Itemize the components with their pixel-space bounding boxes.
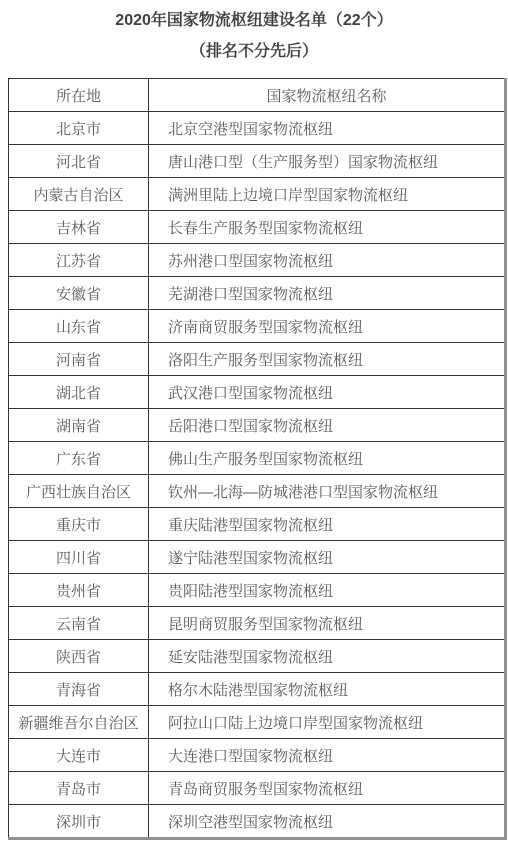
cell-hub-name: 长春生产服务型国家物流枢纽 [149,211,506,244]
table-row: 广东省 佛山生产服务型国家物流枢纽 [9,442,506,475]
cell-location: 湖南省 [9,409,149,442]
cell-hub-name: 昆明商贸服务型国家物流枢纽 [149,607,506,640]
cell-location: 四川省 [9,541,149,574]
table-row: 江苏省 苏州港口型国家物流枢纽 [9,244,506,277]
table-row: 广西壮族自治区 钦州—北海—防城港港口型国家物流枢纽 [9,475,506,508]
table-row: 北京市 北京空港型国家物流枢纽 [9,112,506,145]
cell-location: 青岛市 [9,772,149,805]
cell-hub-name: 格尔木陆港型国家物流枢纽 [149,673,506,706]
header-hub-name: 国家物流枢纽名称 [149,79,506,112]
table-row: 新疆维吾尔自治区 阿拉山口陆上边境口岸型国家物流枢纽 [9,706,506,739]
table-row: 吉林省 长春生产服务型国家物流枢纽 [9,211,506,244]
document-title: 2020年国家物流枢纽建设名单（22个） [0,0,508,30]
table-row: 贵州省 贵阳陆港型国家物流枢纽 [9,574,506,607]
cell-location: 湖北省 [9,376,149,409]
cell-hub-name: 洛阳生产服务型国家物流枢纽 [149,343,506,376]
cell-hub-name: 武汉港口型国家物流枢纽 [149,376,506,409]
cell-location: 云南省 [9,607,149,640]
cell-location: 深圳市 [9,805,149,839]
cell-hub-name: 阿拉山口陆上边境口岸型国家物流枢纽 [149,706,506,739]
document-subtitle: （排名不分先后） [0,43,508,61]
table-row: 陕西省 延安陆港型国家物流枢纽 [9,640,506,673]
logistics-hub-table: 所在地 国家物流枢纽名称 北京市 北京空港型国家物流枢纽 河北省 唐山港口型（生… [8,78,507,840]
table-row: 安徽省 芜湖港口型国家物流枢纽 [9,277,506,310]
cell-hub-name: 大连港口型国家物流枢纽 [149,739,506,772]
cell-location: 北京市 [9,112,149,145]
cell-location: 广西壮族自治区 [9,475,149,508]
cell-location: 安徽省 [9,277,149,310]
table-row: 四川省 遂宁陆港型国家物流枢纽 [9,541,506,574]
cell-hub-name: 北京空港型国家物流枢纽 [149,112,506,145]
cell-location: 陕西省 [9,640,149,673]
cell-hub-name: 岳阳港口型国家物流枢纽 [149,409,506,442]
cell-hub-name: 唐山港口型（生产服务型）国家物流枢纽 [149,145,506,178]
table-row: 河北省 唐山港口型（生产服务型）国家物流枢纽 [9,145,506,178]
document-page: 2020年国家物流枢纽建设名单（22个） （排名不分先后） 所在地 国家物流枢纽… [0,0,508,847]
table-row: 山东省 济南商贸服务型国家物流枢纽 [9,310,506,343]
cell-hub-name: 满洲里陆上边境口岸型国家物流枢纽 [149,178,506,211]
cell-location: 山东省 [9,310,149,343]
cell-location: 青海省 [9,673,149,706]
header-location: 所在地 [9,79,149,112]
table-body: 北京市 北京空港型国家物流枢纽 河北省 唐山港口型（生产服务型）国家物流枢纽 内… [9,112,506,839]
cell-location: 江苏省 [9,244,149,277]
cell-hub-name: 遂宁陆港型国家物流枢纽 [149,541,506,574]
cell-hub-name: 重庆陆港型国家物流枢纽 [149,508,506,541]
cell-location: 内蒙古自治区 [9,178,149,211]
cell-location: 吉林省 [9,211,149,244]
table-row: 大连市 大连港口型国家物流枢纽 [9,739,506,772]
table-row: 青海省 格尔木陆港型国家物流枢纽 [9,673,506,706]
cell-hub-name: 芜湖港口型国家物流枢纽 [149,277,506,310]
cell-hub-name: 深圳空港型国家物流枢纽 [149,805,506,839]
cell-hub-name: 贵阳陆港型国家物流枢纽 [149,574,506,607]
table-row: 重庆市 重庆陆港型国家物流枢纽 [9,508,506,541]
table-row: 湖南省 岳阳港口型国家物流枢纽 [9,409,506,442]
cell-location: 大连市 [9,739,149,772]
cell-location: 新疆维吾尔自治区 [9,706,149,739]
table-row: 云南省 昆明商贸服务型国家物流枢纽 [9,607,506,640]
cell-hub-name: 青岛商贸服务型国家物流枢纽 [149,772,506,805]
cell-hub-name: 延安陆港型国家物流枢纽 [149,640,506,673]
table-row: 深圳市 深圳空港型国家物流枢纽 [9,805,506,839]
cell-hub-name: 钦州—北海—防城港港口型国家物流枢纽 [149,475,506,508]
table-row: 河南省 洛阳生产服务型国家物流枢纽 [9,343,506,376]
table-row: 青岛市 青岛商贸服务型国家物流枢纽 [9,772,506,805]
table-header-row: 所在地 国家物流枢纽名称 [9,79,506,112]
table-row: 内蒙古自治区 满洲里陆上边境口岸型国家物流枢纽 [9,178,506,211]
cell-location: 河南省 [9,343,149,376]
cell-location: 重庆市 [9,508,149,541]
cell-location: 广东省 [9,442,149,475]
cell-hub-name: 苏州港口型国家物流枢纽 [149,244,506,277]
cell-hub-name: 济南商贸服务型国家物流枢纽 [149,310,506,343]
table-row: 湖北省 武汉港口型国家物流枢纽 [9,376,506,409]
cell-location: 贵州省 [9,574,149,607]
cell-hub-name: 佛山生产服务型国家物流枢纽 [149,442,506,475]
cell-location: 河北省 [9,145,149,178]
